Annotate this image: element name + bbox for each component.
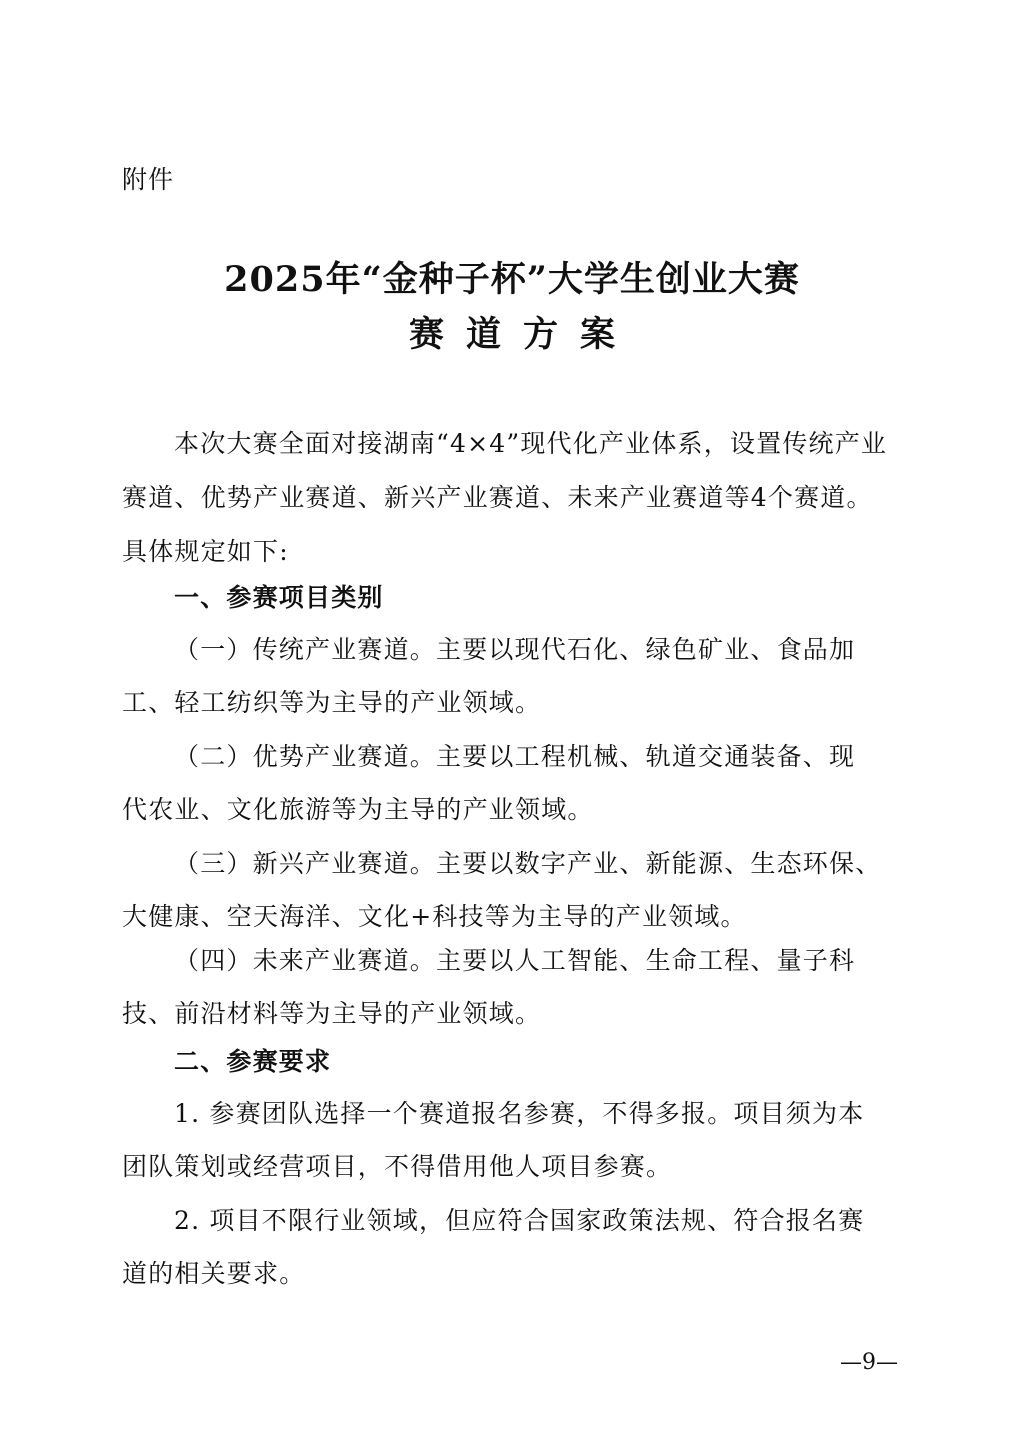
intro-line-3: 具体规定如下: xyxy=(122,532,912,568)
attachment-label: 附件 xyxy=(122,160,174,196)
intro-line-2: 赛道、优势产业赛道、新兴产业赛道、未来产业赛道等4个赛道。 xyxy=(122,478,912,514)
requirement-item-2-line2: 道的相关要求。 xyxy=(122,1254,912,1290)
document-subtitle: 赛道方案 xyxy=(0,307,1024,357)
category-item-3-line1: （三）新兴产业赛道。主要以数字产业、新能源、生态环保、 xyxy=(174,844,914,880)
requirement-item-1-line2: 团队策划或经营项目，不得借用他人项目参赛。 xyxy=(122,1147,912,1183)
category-item-3-line2: 大健康、空天海洋、文化+科技等为主导的产业领域。 xyxy=(122,897,912,933)
document-page: 附件 2025年“金种子杯”大学生创业大赛 赛道方案 本次大赛全面对接湖南“4×… xyxy=(0,0,1024,1448)
section-heading-requirements: 二、参赛要求 xyxy=(174,1042,914,1078)
category-item-2-line2: 代农业、文化旅游等为主导的产业领域。 xyxy=(122,790,912,826)
category-item-1-line1: （一）传统产业赛道。主要以现代石化、绿色矿业、食品加 xyxy=(174,630,914,666)
category-item-1-line2: 工、轻工纺织等为主导的产业领域。 xyxy=(122,683,912,719)
category-item-2-line1: （二）优势产业赛道。主要以工程机械、轨道交通装备、现 xyxy=(174,737,914,773)
category-item-4-line1: （四）未来产业赛道。主要以人工智能、生命工程、量子科 xyxy=(174,941,914,977)
page-number: —9— xyxy=(840,1350,898,1375)
category-item-4-line2: 技、前沿材料等为主导的产业领域。 xyxy=(122,994,912,1030)
document-title: 2025年“金种子杯”大学生创业大赛 xyxy=(0,252,1024,302)
requirement-item-1-line1: 1. 参赛团队选择一个赛道报名参赛，不得多报。项目须为本 xyxy=(174,1094,914,1130)
section-heading-categories: 一、参赛项目类别 xyxy=(174,578,914,614)
intro-line-1: 本次大赛全面对接湖南“4×4”现代化产业体系，设置传统产业 xyxy=(174,424,914,460)
requirement-item-2-line1: 2. 项目不限行业领域，但应符合国家政策法规、符合报名赛 xyxy=(174,1201,914,1237)
